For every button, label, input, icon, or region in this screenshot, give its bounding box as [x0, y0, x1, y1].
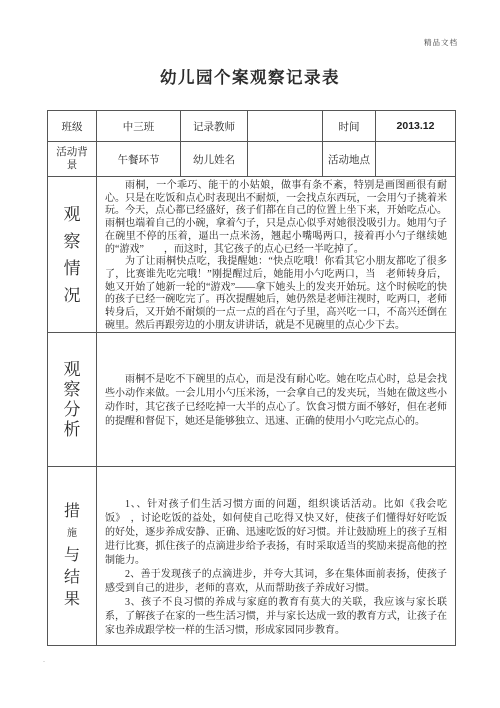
observation-label: 观 察 情 况: [48, 201, 96, 309]
watermark-text: 精品文档: [424, 37, 458, 48]
info-row-1: 班级 中三班 记录教师 时间 2013.12: [48, 111, 456, 142]
class-label-cell: 班级: [48, 111, 97, 142]
background-value-cell: 午餐环节: [97, 142, 181, 177]
section-measures: 措 施 与 结 果 1、、针对孩子们生活习惯方面的问题，组织谈话活动。比如《我会…: [48, 467, 456, 646]
analysis-label-cell: 观 察 分 析: [48, 333, 97, 467]
observation-paragraph: 雨桐，一个乖巧、能干的小姑娘，做事有条不紊，特别是画图画很有耐心。只是在吃饭和点…: [105, 180, 447, 256]
child-name-value-cell: [248, 142, 323, 177]
child-name-label-cell: 幼儿姓名: [181, 142, 248, 177]
page-footer-mark: .: [43, 655, 45, 664]
measures-label: 措 施 与 结 果: [48, 501, 96, 611]
info-row-2: 活动背景 午餐环节 幼儿姓名 活动地点: [48, 142, 456, 177]
page-title: 幼儿园个案观察记录表: [0, 64, 500, 88]
teacher-value-cell: [248, 111, 323, 142]
location-value-cell: [376, 142, 456, 177]
section-analysis: 观 察 分 析 雨桐不是吃不下碗里的点心，而是没有耐心吃。她在吃点心时，总是会找…: [48, 333, 456, 467]
background-label: 活动背景: [55, 146, 89, 172]
document-page: 精品文档 幼儿园个案观察记录表 班级 中三班 记录教师 时间 2013.12 活…: [0, 0, 500, 708]
teacher-label-cell: 记录教师: [181, 111, 248, 142]
time-label-cell: 时间: [323, 111, 376, 142]
section-observation: 观 察 情 况 雨桐，一个乖巧、能干的小姑娘，做事有条不紊，特别是画图画很有耐心…: [48, 177, 456, 333]
record-table: 班级 中三班 记录教师 时间 2013.12 活动背景 午餐环节 幼儿姓名 活动…: [47, 110, 456, 646]
measures-content-cell: 1、、针对孩子们生活习惯方面的问题，组织谈话活动。比如《我会吃饭》 ，讨论吃饭的…: [97, 467, 456, 646]
time-value-cell: 2013.12: [376, 111, 456, 142]
background-label-cell: 活动背景: [48, 142, 97, 177]
measures-paragraph: 2、善于发现孩子的点滴进步，并夸大其词，多在集体面前表扬，使孩子感受到自己的进步…: [105, 568, 447, 596]
analysis-text: 雨桐不是吃不下碗里的点心，而是没有耐心吃。她在吃点心时，总是会找些小动作来做。一…: [97, 333, 455, 466]
observation-label-cell: 观 察 情 况: [48, 177, 97, 333]
location-label-cell: 活动地点: [323, 142, 376, 177]
observation-paragraph: 为了让雨桐快点吃，我提醒她：“快点吃哦！你看其它小朋友都吃了很多了，比赛谁先吃完…: [105, 256, 447, 332]
analysis-content-cell: 雨桐不是吃不下碗里的点心，而是没有耐心吃。她在吃点心时，总是会找些小动作来做。一…: [97, 333, 456, 467]
class-value-cell: 中三班: [97, 111, 181, 142]
measures-paragraph: 1、、针对孩子们生活习惯方面的问题，组织谈话活动。比如《我会吃饭》 ，讨论吃饭的…: [105, 498, 447, 568]
analysis-paragraph: 雨桐不是吃不下碗里的点心，而是没有耐心吃。她在吃点心时，总是会找些小动作来做。一…: [105, 373, 447, 429]
measures-paragraph: 3、孩子不良习惯的养成与家庭的教育有莫大的关联，我应该与家长联系，了解孩子在家的…: [105, 596, 447, 638]
observation-content-cell: 雨桐，一个乖巧、能干的小姑娘，做事有条不紊，特别是画图画很有耐心。只是在吃饭和点…: [97, 177, 456, 333]
measures-label-cell: 措 施 与 结 果: [48, 467, 97, 646]
observation-text: 雨桐，一个乖巧、能干的小姑娘，做事有条不紊，特别是画图画很有耐心。只是在吃饭和点…: [97, 177, 455, 332]
measures-text: 1、、针对孩子们生活习惯方面的问题，组织谈话活动。比如《我会吃饭》 ，讨论吃饭的…: [97, 467, 455, 645]
analysis-label: 观 察 分 析: [48, 360, 96, 440]
